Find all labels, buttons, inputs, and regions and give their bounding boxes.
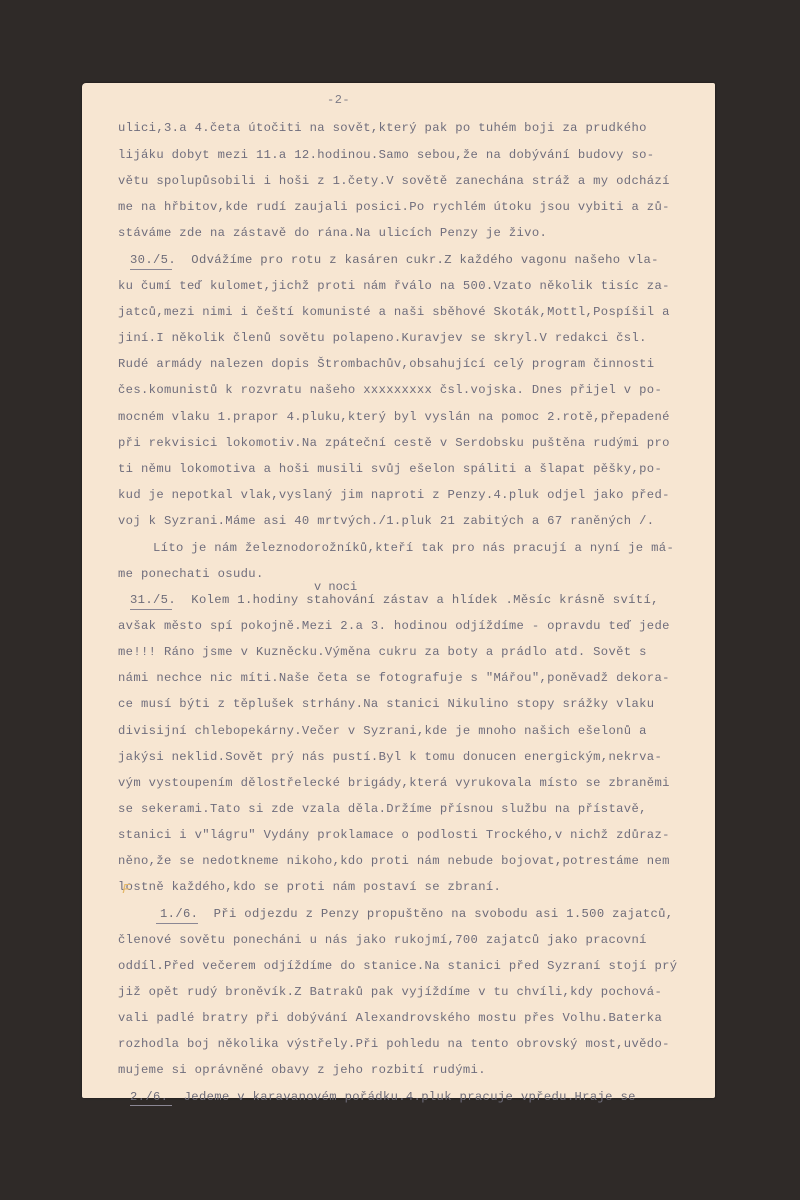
text-line: jakýsi neklid.Sovět prý nás pustí.Byl k … <box>118 750 662 764</box>
text-line: lostně každého,kdo se proti nám postaví … <box>118 880 501 894</box>
text-line: me na hřbitov,kde rudí zaujali posici.Po… <box>118 200 670 214</box>
text-line: stáváme zde na zástavě do rána.Na ulicíc… <box>118 226 547 240</box>
text-line: při rekvisici lokomotiv.Na zpáteční cest… <box>118 436 670 450</box>
text-line: se sekerami.Tato si zde vzala děla.Držím… <box>118 802 647 816</box>
page-number: -2- <box>327 93 350 107</box>
text-line: ulici,3.a 4.četa útočiti na sovět,který … <box>118 121 647 135</box>
entry-2-6: 2./6. Jedeme v karavanovém pořádku.4.plu… <box>130 1090 636 1104</box>
text-line: námi nechce nic míti.Naše četa se fotogr… <box>118 671 670 685</box>
text-line: ce musí býti z těplušek strhány.Na stani… <box>118 697 654 711</box>
text-line: jatců,mezi nimi i čeští komunisté a naši… <box>118 305 670 319</box>
text-line: lijáku dobyt mezi 11.a 12.hodinou.Samo s… <box>118 148 654 162</box>
text-line: mujeme si oprávněné obavy z jeho rozbití… <box>118 1063 486 1077</box>
text-line: čes.komunistů k rozvratu našeho xxxxxxxx… <box>118 383 662 397</box>
text-line: vým vystoupením dělostřelecké brigády,kt… <box>118 776 670 790</box>
text-line: jiní.I několik členů sovětu polapeno.Kur… <box>118 331 647 345</box>
text-line: kud je nepotkal vlak,vyslaný jim naproti… <box>118 488 670 502</box>
entry-31-5: 31./5. Kolem 1.hodiny stahování zástav a… <box>130 593 659 607</box>
text-line: mocném vlaku 1.prapor 4.pluku,který byl … <box>118 410 670 424</box>
text-line: divisijní chlebopekárny.Večer v Syzrani,… <box>118 724 647 738</box>
text-line: ti němu lokomotiva a hoši musili svůj eš… <box>118 462 662 476</box>
text-line: větu spolupůsobili i hoši z 1.čety.V sov… <box>118 174 670 188</box>
text-line: Líto je nám železnodorožníků,kteří tak p… <box>130 541 674 555</box>
text-line: něno,že se nedotkneme nikoho,kdo proti n… <box>118 854 670 868</box>
typewritten-page: -2- ulici,3.a 4.četa útočiti na sovět,kt… <box>82 83 715 1098</box>
text-line: rozhodla boj několika výstřely.Při pohle… <box>118 1037 670 1051</box>
text-line: vali padlé bratry při dobývání Alexandro… <box>118 1011 662 1025</box>
text-line: členové sovětu ponecháni u nás jako ruko… <box>118 933 647 947</box>
text-line: me!!! Ráno jsme v Kuzněcku.Výměna cukru … <box>118 645 647 659</box>
text-line: me ponechati osudu. <box>118 567 264 581</box>
date-underline <box>130 269 172 270</box>
text-line: již opět rudý broněvík.Z Batraků pak vyj… <box>118 985 662 999</box>
entry-1-6: 1./6. Při odjezdu z Penzy propuštěno na … <box>160 907 673 921</box>
text-line: voj k Syzrani.Máme asi 40 mrtvých./1.plu… <box>118 514 654 528</box>
text-line: oddíl.Před večerem odjíždíme do stanice.… <box>118 959 677 973</box>
text-line: avšak město spí pokojně.Mezi 2.a 3. hodi… <box>118 619 670 633</box>
entry-30-5: 30./5. Odvážíme pro rotu z kasáren cukr.… <box>130 253 659 267</box>
date-underline <box>156 923 198 924</box>
date-underline <box>130 609 172 610</box>
text-line: stanici i v"lágru" Vydány proklamace o p… <box>118 828 670 842</box>
text-line: Rudé armády nalezen dopis Štrombachův,ob… <box>118 357 654 371</box>
margin-pencil-mark: F <box>122 882 130 898</box>
date-underline <box>130 1105 172 1106</box>
text-line: ku čumí teď kulomet,jichž proti nám řvál… <box>118 279 670 293</box>
handwritten-insertion: v noci <box>314 580 357 594</box>
